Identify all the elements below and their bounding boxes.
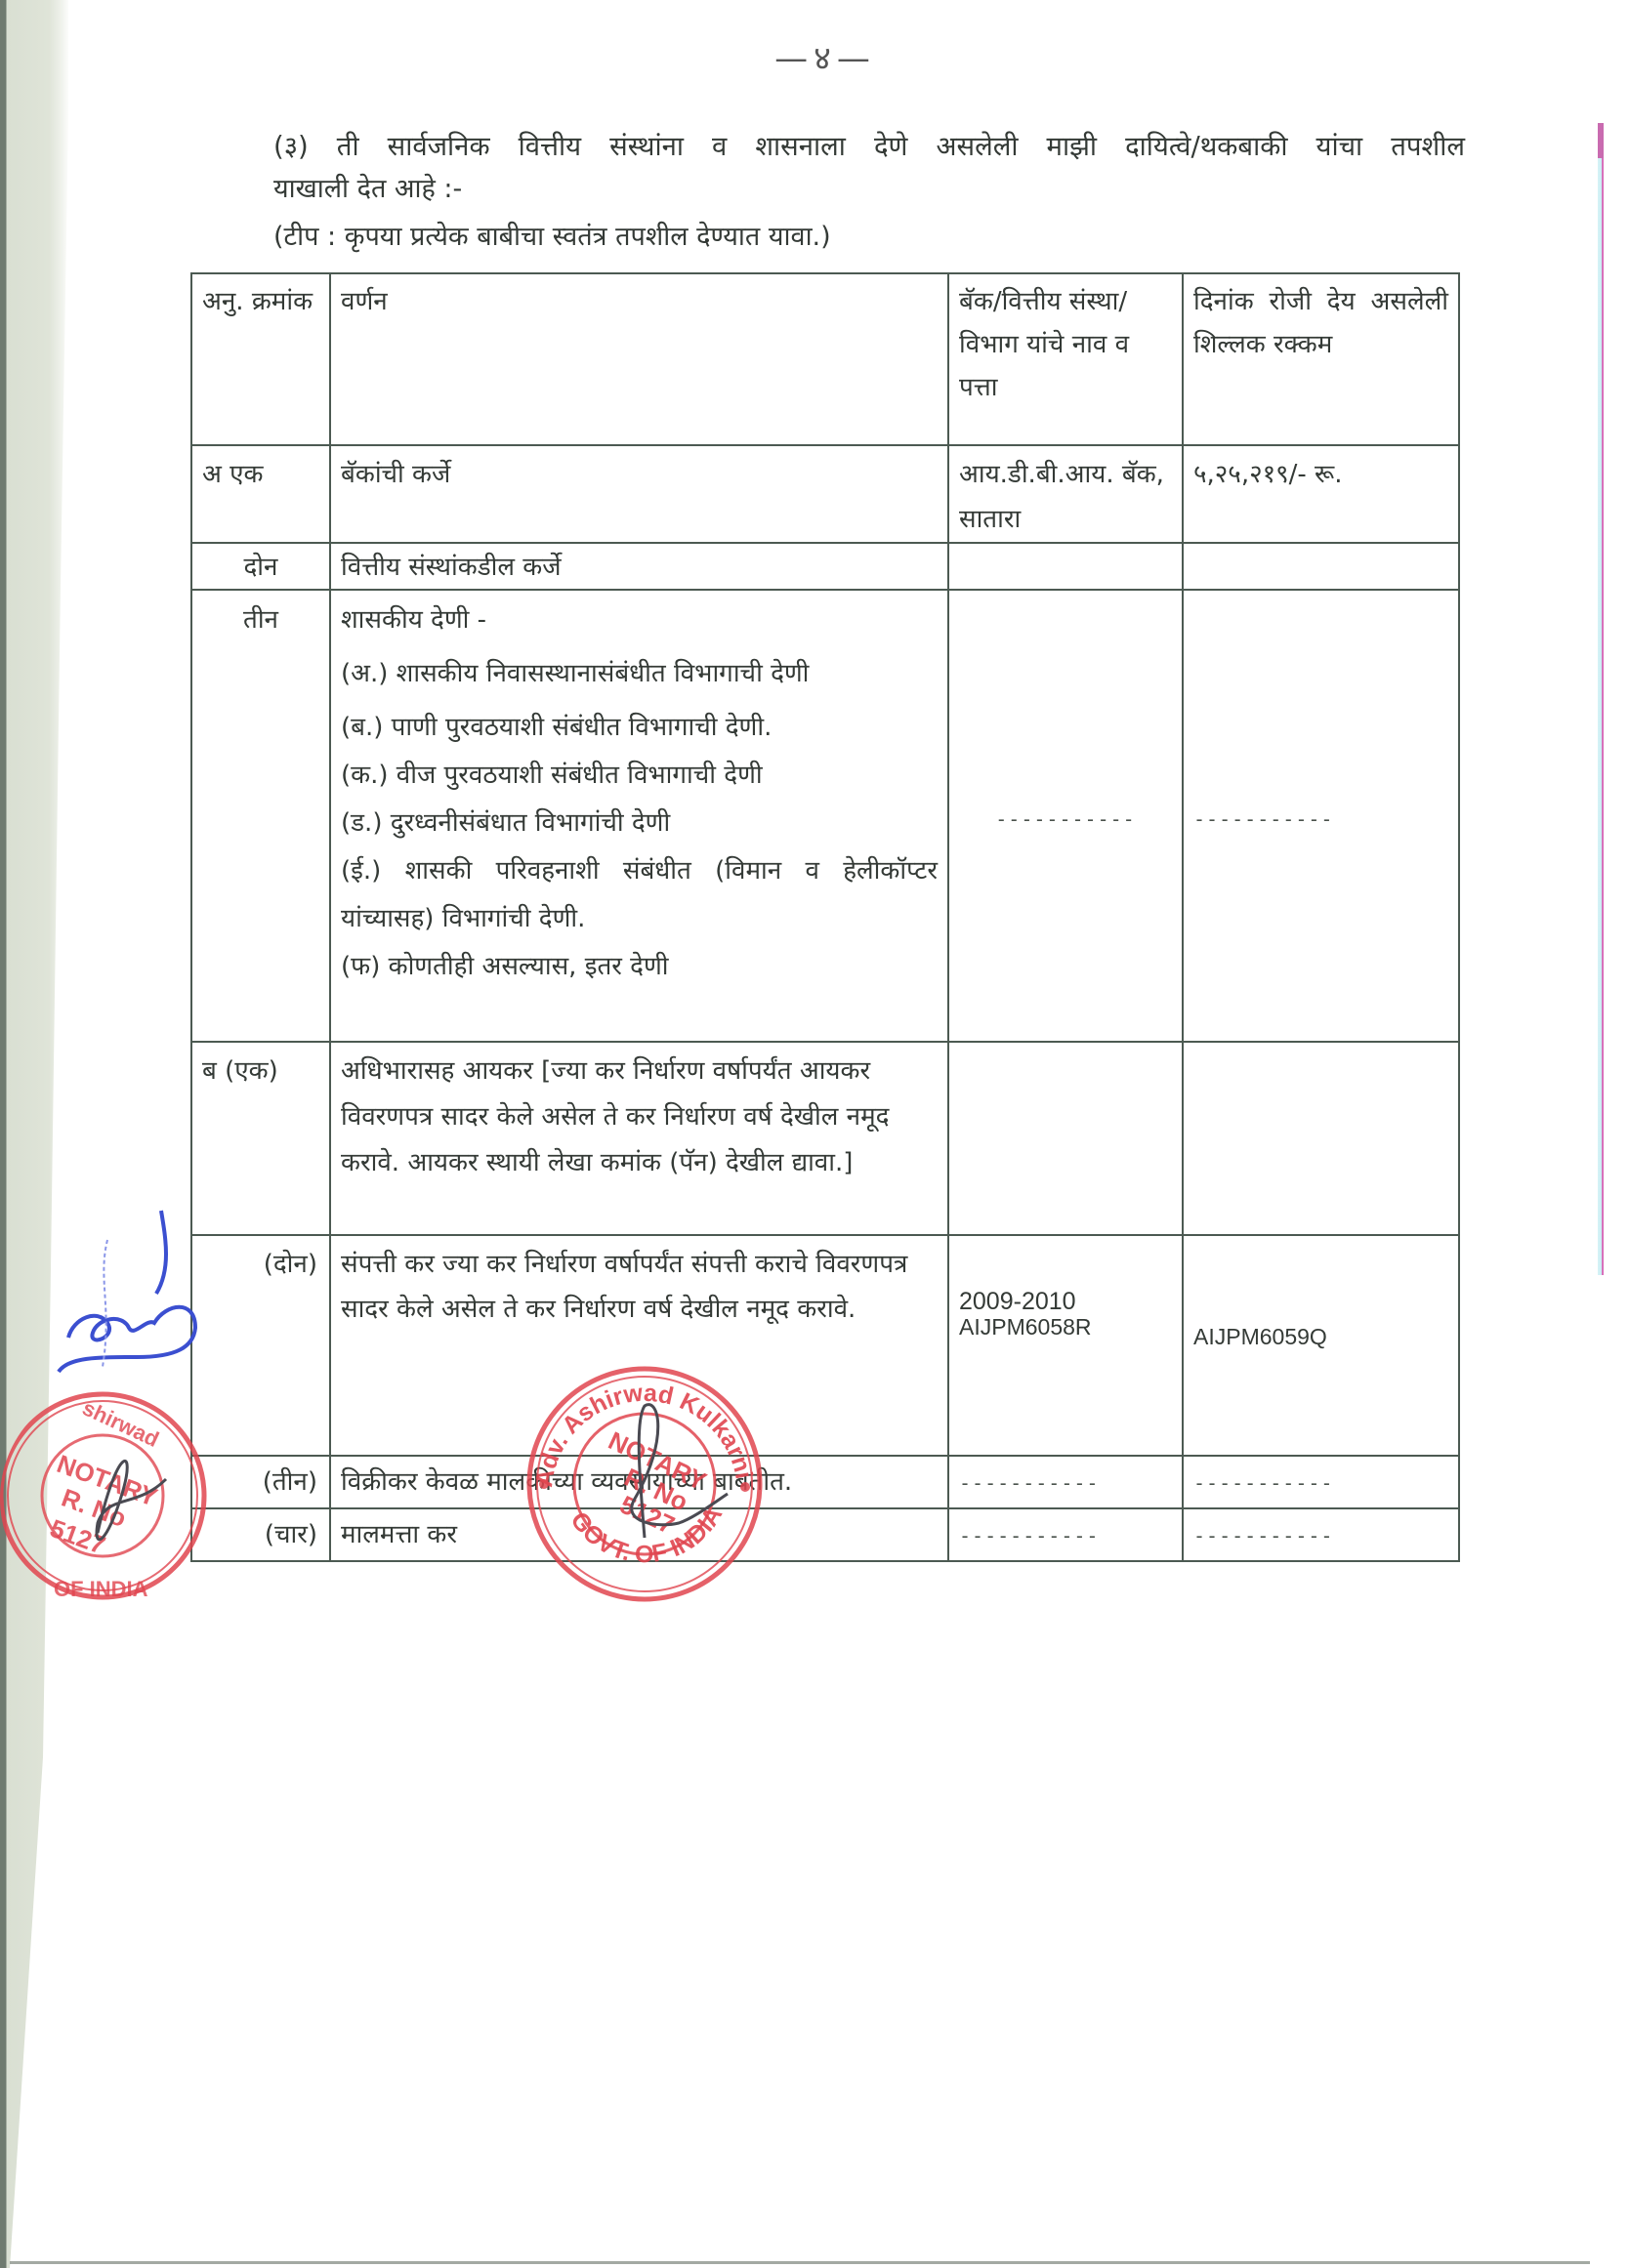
empty-dash: -----------: [995, 807, 1135, 831]
intro-paragraph: (३) ती सार्वजनिक वित्तीय संस्थांना व शास…: [273, 125, 1465, 259]
page-number: —४—: [718, 34, 933, 79]
row-description-title: शासकीय देणी -: [341, 597, 938, 644]
header-description: वर्णन: [330, 273, 948, 445]
row-serial: अ एक: [191, 445, 330, 543]
table-header-row: अनु. क्रमांक वर्णन बॅक/वित्तीय संस्था/वि…: [191, 273, 1459, 445]
row-institution: आय.डी.बी.आय. बॅक, सातारा: [948, 445, 1183, 543]
table-row: तीन शासकीय देणी - (अ.) शासकीय निवासस्थान…: [191, 590, 1459, 1042]
empty-dash: -----------: [959, 1471, 1099, 1495]
scan-page-fold-edge: [0, 0, 68, 2268]
row-serial: दोन: [191, 543, 330, 590]
intro-line-1: (३) ती सार्वजनिक वित्तीय संस्थांना व शास…: [273, 125, 1465, 168]
row-balance: [1183, 1042, 1459, 1235]
table-row: (तीन) विक्रीकर केवळ मालकीच्या व्यवसायाच्…: [191, 1456, 1459, 1508]
header-balance: दिनांक रोजी देय असलेली शिल्लक रक्कम: [1183, 273, 1459, 445]
row-description: अधिभारासह आयकर [ज्या कर निर्धारण वर्षापर…: [330, 1042, 948, 1235]
row-institution: [948, 543, 1183, 590]
empty-dash: -----------: [1193, 807, 1333, 831]
notary-seal-icon: Adv. Ashirwad Kulkarni GOVT. OF INDIA NO…: [522, 1362, 767, 1606]
liabilities-table: अनु. क्रमांक वर्णन बॅक/वित्तीय संस्था/वि…: [190, 272, 1460, 1562]
row-balance: -----------: [1183, 590, 1459, 1042]
table-row: दोन वित्तीय संस्थांकडील कर्जे: [191, 543, 1459, 590]
scan-right-edge-strip: [1598, 123, 1604, 1275]
sub-item: (क.) वीज पुरवठयाशी संबंधीत विभागाची देणी: [341, 752, 938, 800]
sub-item: (ड.) दुरध्वनीसंबंधात विभागांची देणी: [341, 800, 938, 847]
sub-item: (फ) कोणतीही असल्यास, इतर देणी: [341, 943, 938, 991]
pan-number: AIJPM6058R: [959, 1314, 1172, 1340]
row-institution: -----------: [948, 1456, 1183, 1508]
row-balance: [1183, 543, 1459, 590]
intro-line-2: याखाली देत आहे :-: [273, 168, 1465, 211]
row-institution: -----------: [948, 590, 1183, 1042]
notary-stamp-left: NOTARY R. No 5127 OF INDIA shirwad: [0, 1386, 215, 1611]
row-balance: AIJPM6059Q: [1183, 1235, 1459, 1456]
sub-item: (ब.) पाणी पुरवठयाशी संबंधीत विभागाची देण…: [341, 704, 938, 752]
notary-seal-icon: NOTARY R. No 5127 OF INDIA shirwad: [0, 1386, 215, 1611]
intro-note: (टीप : कृपया प्रत्येक बाबीचा स्वतंत्र तप…: [273, 216, 1465, 259]
table-row: अ एक बॅकांची कर्जे आय.डी.बी.आय. बॅक, सात…: [191, 445, 1459, 543]
table-row: (दोन) संपत्ती कर ज्या कर निर्धारण वर्षाप…: [191, 1235, 1459, 1456]
empty-dash: -----------: [1193, 1471, 1333, 1495]
row-description: शासकीय देणी - (अ.) शासकीय निवासस्थानासंब…: [330, 590, 948, 1042]
row-description: वित्तीय संस्थांकडील कर्जे: [330, 543, 948, 590]
header-serial: अनु. क्रमांक: [191, 273, 330, 445]
scan-bottom-edge: [10, 2261, 1590, 2264]
svg-text:OF INDIA: OF INDIA: [54, 1577, 148, 1601]
header-institution: बॅक/वित्तीय संस्था/विभाग यांचे नाव व पत्…: [948, 273, 1183, 445]
sub-item: (अ.) शासकीय निवासस्थानासंबंधीत विभागाची …: [341, 650, 938, 698]
row-institution: [948, 1042, 1183, 1235]
empty-dash: -----------: [959, 1524, 1099, 1547]
sub-item: (ई.) शासकी परिवहनाशी संबंधीत (विमान व हे…: [341, 847, 938, 943]
row-balance: -----------: [1183, 1456, 1459, 1508]
pan-number: AIJPM6059Q: [1193, 1324, 1448, 1349]
table-row: ब (एक) अधिभारासह आयकर [ज्या कर निर्धारण …: [191, 1042, 1459, 1235]
row-balance: -----------: [1183, 1508, 1459, 1561]
table-row: (चार) मालमत्ता कर ----------- ----------…: [191, 1508, 1459, 1561]
row-balance: ५,२५,२१९/- रू.: [1183, 445, 1459, 543]
signature-blue: [39, 1201, 215, 1396]
assessment-year: 2009-2010: [959, 1289, 1172, 1314]
row-serial: तीन: [191, 590, 330, 1042]
row-institution: -----------: [948, 1508, 1183, 1561]
row-description: बॅकांची कर्जे: [330, 445, 948, 543]
row-institution: 2009-2010 AIJPM6058R: [948, 1235, 1183, 1456]
notary-stamp-center: Adv. Ashirwad Kulkarni GOVT. OF INDIA NO…: [522, 1362, 767, 1606]
empty-dash: -----------: [1193, 1524, 1333, 1547]
